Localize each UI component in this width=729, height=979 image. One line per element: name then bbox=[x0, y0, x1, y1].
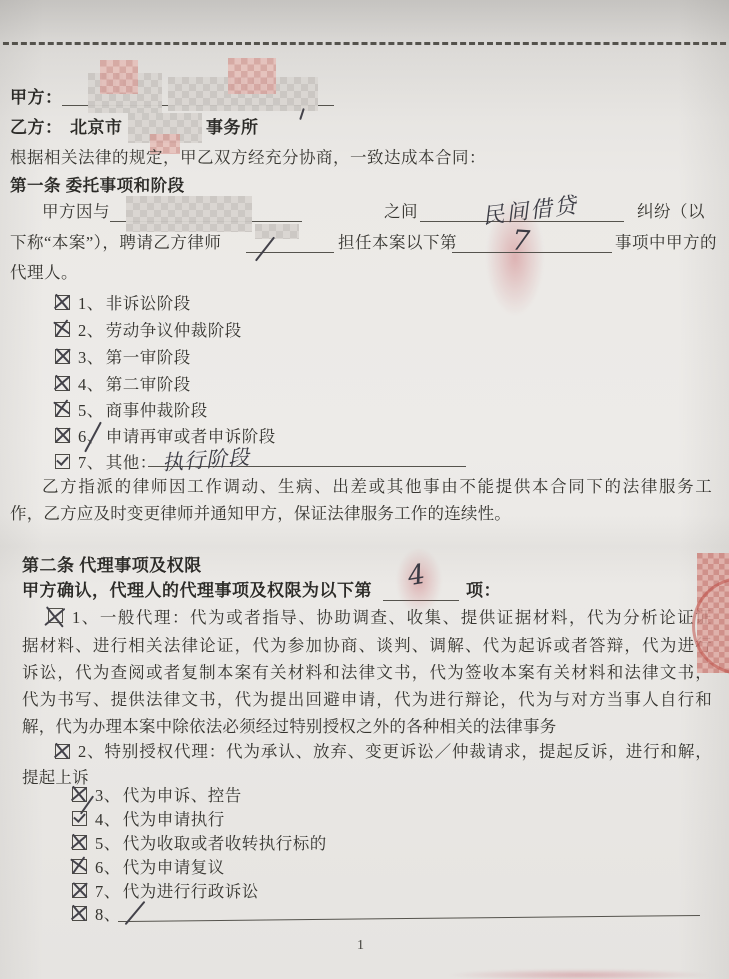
check-mark-icon bbox=[73, 812, 86, 825]
s2-item2-checkbox-row bbox=[55, 744, 70, 759]
item-number: 3、 bbox=[78, 344, 104, 368]
checkbox bbox=[55, 744, 70, 759]
s2-subitem-5: 5、代为收取或者收转执行标的 bbox=[72, 830, 327, 854]
checkbox bbox=[72, 859, 87, 874]
s1-l1-seg3: 纠纷（以 bbox=[637, 202, 705, 222]
crossed-mark-icon bbox=[55, 376, 69, 390]
bottom-red-smudge bbox=[448, 969, 710, 979]
item-number: 2、 bbox=[78, 317, 104, 341]
s1-l2-seg2: 担任本案以下第 bbox=[338, 233, 457, 253]
item-number: 4、 bbox=[95, 806, 121, 830]
s2-item8-blank bbox=[118, 915, 700, 922]
item-label: 代为申请复议 bbox=[123, 854, 225, 878]
item-number: 6、 bbox=[78, 423, 104, 447]
contract-photo: 甲方： 乙方： 北京市 事务所 根据相关法律的规定，甲乙双方经充分协商，一致达成… bbox=[0, 0, 729, 979]
item-label: 第二审阶段 bbox=[106, 371, 191, 395]
item-label: 代为进行行政诉讼 bbox=[123, 878, 259, 902]
intro-text: 根据相关法律的规定，甲乙双方经充分协商，一致达成本合同： bbox=[10, 148, 486, 168]
item-number: 7、 bbox=[78, 449, 104, 473]
check-mark-icon bbox=[56, 455, 69, 468]
item-number: 5、 bbox=[78, 397, 104, 421]
crossed-mark-icon bbox=[74, 883, 88, 897]
item-number: 5、 bbox=[95, 830, 121, 854]
s2-subitem-7: 7、代为进行行政诉讼 bbox=[72, 878, 259, 902]
item-number: 7、 bbox=[95, 878, 121, 902]
s2-item1-line1: 1、一般代理：代为或者指导、协助调查、收集、提供证据材料，代为分析论证证 bbox=[72, 608, 712, 628]
s2-item1-line3: 诉讼，代为查阅或者复制本案有关材料和法律文书，代为签收本案有关材料和法律文书， bbox=[22, 663, 712, 683]
item-number: 3、 bbox=[95, 782, 121, 806]
checkbox bbox=[55, 295, 70, 310]
s1-checklist-item-2: 2、劳动争议仲裁阶段 bbox=[55, 317, 242, 341]
checkbox bbox=[55, 428, 70, 443]
item-label: 劳动争议仲裁阶段 bbox=[106, 317, 242, 341]
crossed-mark-icon bbox=[57, 349, 71, 363]
s1-l3: 代理人。 bbox=[10, 263, 78, 283]
party-b-label: 乙方： bbox=[10, 118, 63, 138]
s2-confirm-seg2: 项： bbox=[466, 581, 501, 601]
s2-subitem-8: 8、 bbox=[72, 901, 123, 925]
party-b-city: 北京市 bbox=[70, 118, 123, 138]
s1-l1-redaction bbox=[126, 196, 252, 232]
s1-l2-seg1: 下称“本案”），聘请乙方律师 bbox=[10, 233, 221, 253]
party-a-stamp-trace-2 bbox=[228, 58, 276, 94]
item-label: 代为收取或者收转执行标的 bbox=[123, 830, 327, 854]
s1-checklist-item-7: 7、其他： bbox=[55, 449, 157, 473]
checkbox bbox=[48, 608, 63, 623]
item-label: 非诉讼阶段 bbox=[106, 290, 191, 314]
s2-item1-checkbox-row bbox=[48, 608, 63, 623]
s1-note-line1: 乙方指派的律师因工作调动、生病、出差或其他事由不能提供本合同下的法律服务工 bbox=[42, 477, 712, 497]
s1-l2-blank2 bbox=[452, 252, 612, 253]
crossed-mark-icon bbox=[57, 428, 71, 442]
checkbox bbox=[72, 835, 87, 850]
crossed-mark-icon bbox=[48, 608, 62, 622]
checkbox bbox=[55, 376, 70, 391]
crossed-mark-icon bbox=[55, 744, 69, 758]
crossed-mark-icon bbox=[72, 835, 86, 849]
perforation-dashed-line bbox=[0, 42, 729, 45]
party-a-label: 甲方： bbox=[10, 88, 63, 108]
checkbox bbox=[55, 454, 70, 469]
s1-checklist-item-3: 3、第一审阶段 bbox=[55, 344, 191, 368]
item-label: 代为申诉、控告 bbox=[123, 782, 242, 806]
item-label: 其他： bbox=[106, 449, 157, 473]
crossed-mark-icon bbox=[72, 906, 86, 920]
page-number: 1 bbox=[357, 936, 365, 956]
s1-checklist-item-4: 4、第二审阶段 bbox=[55, 371, 191, 395]
s1-l1-seg2: 之间 bbox=[384, 202, 418, 222]
party-a-stamp-trace-1 bbox=[100, 60, 138, 94]
s2-item2-line1: 2、特别授权代理：代为承认、放弃、变更诉讼／仲裁请求，提起反诉，进行和解， bbox=[78, 742, 712, 762]
item-number: 4、 bbox=[78, 371, 104, 395]
s1-checklist-item-1: 1、非诉讼阶段 bbox=[55, 290, 191, 314]
item-label: 申请再审或者申诉阶段 bbox=[106, 423, 276, 447]
s2-item1-line5: 解，代为办理本案中除依法必须经过特别授权之外的各种相关的法律事务 bbox=[22, 717, 712, 737]
s2-subitem-6: 6、代为申请复议 bbox=[72, 854, 225, 878]
item-number: 6、 bbox=[95, 854, 121, 878]
section1-heading: 第一条 委托事项和阶段 bbox=[10, 176, 185, 196]
crossed-mark-icon bbox=[72, 858, 87, 873]
s2-subitem-4: 4、代为申请执行 bbox=[72, 806, 225, 830]
checkbox bbox=[72, 906, 87, 921]
handwritten-slash-lawyer bbox=[255, 237, 275, 262]
checkbox bbox=[55, 349, 70, 364]
s2-subitem-3: 3、代为申诉、控告 bbox=[72, 782, 242, 806]
crossed-mark-icon bbox=[55, 321, 70, 336]
handwriting-other-stage: 执行阶段 bbox=[161, 441, 251, 477]
section2-heading: 第二条 代理事项及权限 bbox=[22, 556, 202, 576]
s2-item1-line4: 代为书写、提供法律文书，代为提出回避申请，代为进行辩论，代为与对方当事人自行和 bbox=[22, 690, 712, 710]
crossed-mark-icon bbox=[55, 401, 70, 416]
s1-l1-seg1: 甲方因与 bbox=[42, 202, 110, 222]
s1-checklist-item-5: 5、商事仲裁阶段 bbox=[55, 397, 208, 421]
handwriting-stage-number: 7 bbox=[511, 223, 531, 257]
checkbox bbox=[72, 811, 87, 826]
checkbox bbox=[72, 883, 87, 898]
checkbox bbox=[72, 787, 87, 802]
item-label: 商事仲裁阶段 bbox=[106, 397, 208, 421]
s1-l2-seg3: 事项中甲方的 bbox=[615, 233, 717, 253]
item-label: 第一审阶段 bbox=[106, 344, 191, 368]
s2-item1-line2: 据材料、进行相关法律论证，代为参加协商、谈判、调解、代为起诉或者答辩，代为进行 bbox=[22, 636, 712, 656]
crossed-mark-icon bbox=[72, 787, 86, 801]
party-b-suffix: 事务所 bbox=[206, 118, 259, 138]
s1-note-line2: 作，乙方应及时变更律师并通知甲方，保证法律服务工作的连续性。 bbox=[10, 504, 710, 524]
item-number: 8、 bbox=[95, 901, 121, 925]
crossed-mark-icon bbox=[55, 295, 69, 309]
item-label: 代为申请执行 bbox=[123, 806, 225, 830]
s2-confirm-seg1: 甲方确认，代理人的代理事项及权限为以下第 bbox=[22, 581, 372, 601]
s1-l1-redaction-small bbox=[255, 224, 299, 239]
checkbox bbox=[55, 402, 70, 417]
checkbox bbox=[55, 322, 70, 337]
item-number: 1、 bbox=[78, 290, 104, 314]
